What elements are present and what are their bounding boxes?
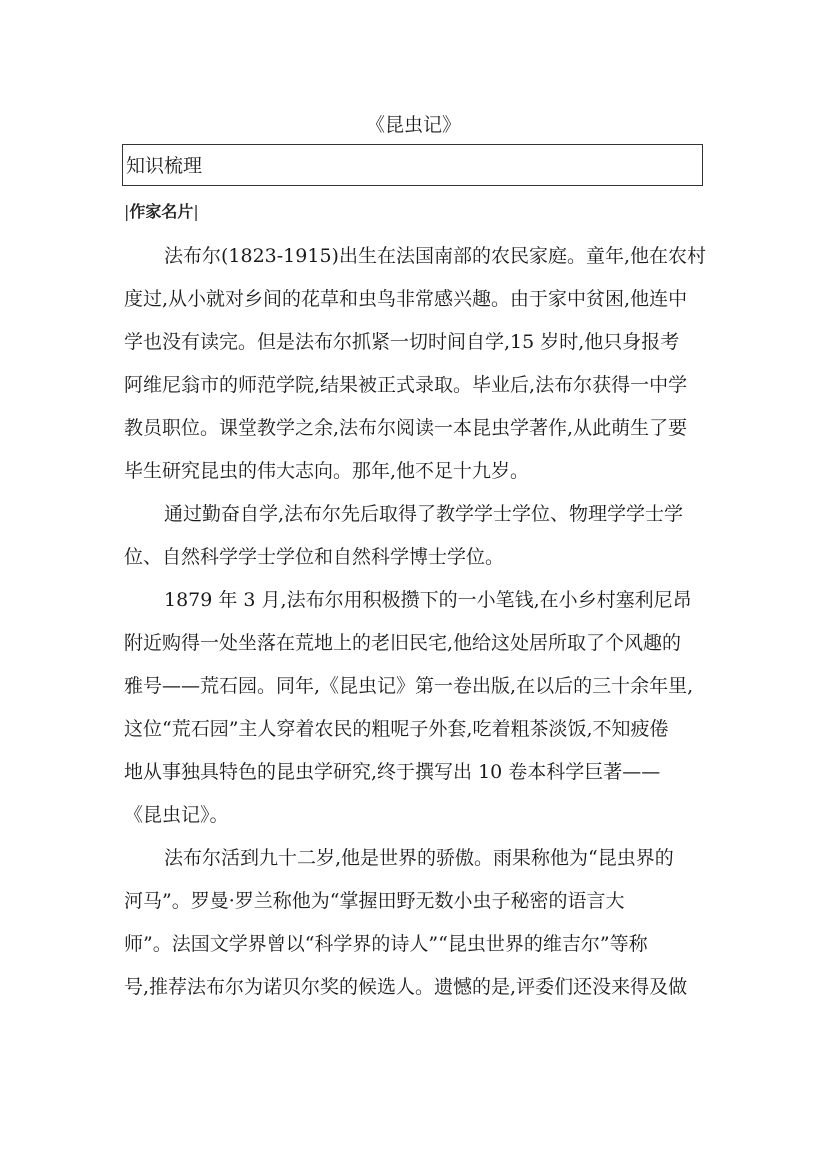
text-line: 毕生研究昆虫的伟大志向。那年,他不足十九岁。: [124, 453, 706, 496]
body-text: 法布尔(1823-1915)出生在法国南部的农民家庭。童年,他在农村度过,从小就…: [124, 238, 706, 1012]
text-line: 地从事独具特色的昆虫学研究,终于撰写出 10 卷本科学巨著——: [124, 754, 706, 797]
text-line: 雅号——荒石园。同年,《昆虫记》第一卷出版,在以后的三十余年里,: [124, 668, 706, 711]
divider-bar: |: [193, 202, 198, 221]
text-line: 阿维尼翁市的师范学院,结果被正式录取。毕业后,法布尔获得一中学: [124, 367, 706, 410]
document-page: 《昆虫记》 知识梳理 |作家名片| 法布尔(1823-1915)出生在法国南部的…: [0, 0, 827, 1169]
author-card-label: |作家名片|: [124, 200, 199, 224]
text-line: 法布尔(1823-1915)出生在法国南部的农民家庭。童年,他在农村: [124, 238, 706, 281]
text-line: 法布尔活到九十二岁,他是世界的骄傲。雨果称他为“昆虫界的: [124, 840, 706, 883]
text-line: 1879 年 3 月,法布尔用积极攒下的一小笔钱,在小乡村塞利尼昂: [124, 582, 706, 625]
text-line: 教员职位。课堂教学之余,法布尔阅读一本昆虫学著作,从此萌生了要: [124, 410, 706, 453]
text-line: 河马”。罗曼·罗兰称他为“掌握田野无数小虫子秘密的语言大: [124, 883, 706, 926]
text-line: 《昆虫记》。: [124, 797, 706, 840]
text-line: 位、自然科学学士学位和自然科学博士学位。: [124, 539, 706, 582]
text-line: 通过勤奋自学,法布尔先后取得了教学学士学位、物理学学士学: [124, 496, 706, 539]
text-line: 附近购得一处坐落在荒地上的老旧民宅,他给这处居所取了个风趣的: [124, 625, 706, 668]
text-line: 号,推荐法布尔为诺贝尔奖的候选人。遗憾的是,评委们还没来得及做: [124, 969, 706, 1012]
section-header-box: 知识梳理: [122, 144, 703, 186]
document-title: 《昆虫记》: [0, 113, 827, 137]
text-line: 这位“荒石园”主人穿着农民的粗呢子外套,吃着粗茶淡饭,不知疲倦: [124, 711, 706, 754]
author-card-text: 作家名片: [129, 202, 193, 221]
text-line: 师”。法国文学界曾以“科学界的诗人”“昆虫世界的维吉尔”等称: [124, 926, 706, 969]
text-line: 学也没有读完。但是法布尔抓紧一切时间自学,15 岁时,他只身报考: [124, 324, 706, 367]
text-line: 度过,从小就对乡间的花草和虫鸟非常感兴趣。由于家中贫困,他连中: [124, 281, 706, 324]
section-header-label: 知识梳理: [126, 154, 202, 178]
